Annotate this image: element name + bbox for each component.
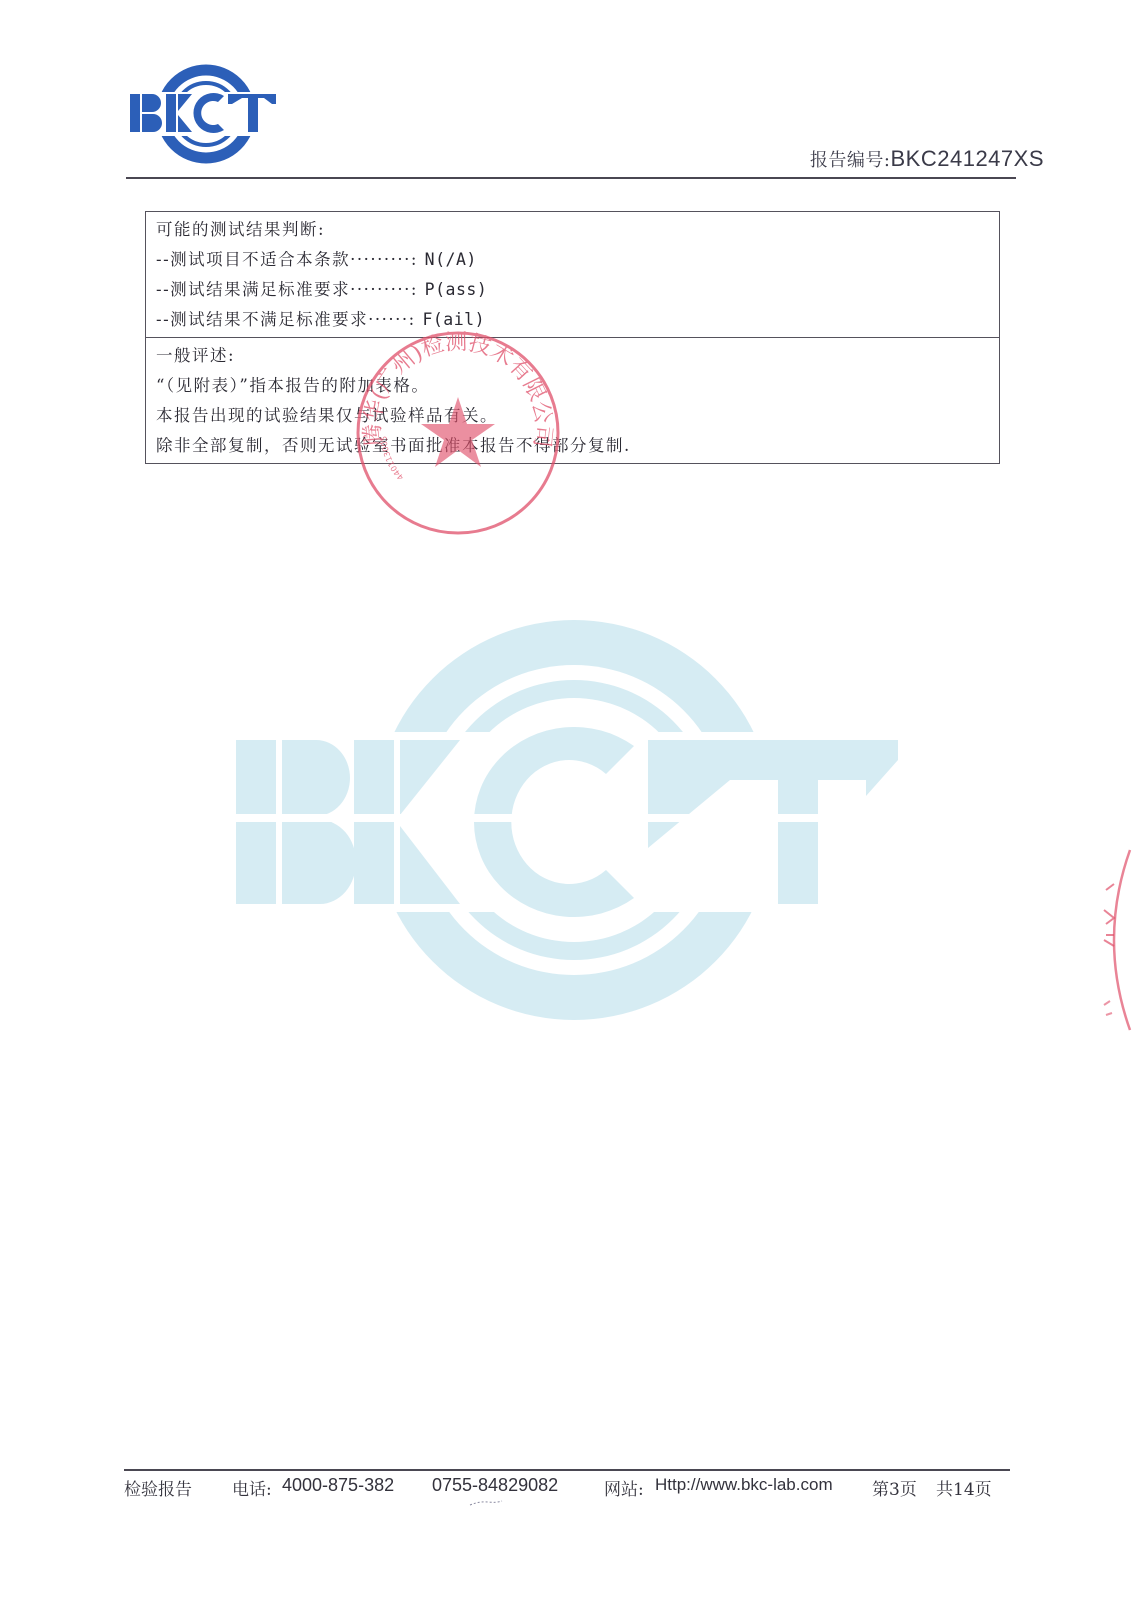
report-number-value: BKC241247XS [891, 146, 1045, 171]
verdict-item-na: --测试项目不适合本条款·········: N(/A) [156, 245, 989, 275]
verdict-item-fail: --测试结果不满足标准要求······: F(ail) [156, 305, 989, 335]
verdict-title: 可能的测试结果判断: [156, 215, 989, 245]
footer-phone-1: 4000-875-382 [282, 1475, 394, 1496]
footer-divider [124, 1469, 1010, 1471]
footer-phone-2: 0755-84829082 [432, 1475, 558, 1496]
verdict-code: F(ail) [422, 310, 485, 329]
remark-line: 除非全部复制，否则无试验室书面批准本报告不得部分复制. [156, 431, 989, 461]
footer-website-link[interactable]: Http://www.bkc-lab.com [655, 1475, 833, 1495]
footer-page-total: 共14页 [936, 1475, 992, 1500]
remarks-section: 一般评述: “（见附表）”指本报告的附加表格。 本报告出现的试验结果仅与试验样品… [146, 337, 999, 463]
remark-line: 本报告出现的试验结果仅与试验样品有关。 [156, 401, 989, 431]
footer-website-label: 网站: [604, 1475, 644, 1500]
bkct-watermark [234, 620, 898, 1025]
verdict-item-pass: --测试结果满足标准要求·········: P(ass) [156, 275, 989, 305]
header-divider [126, 177, 1016, 179]
verdict-code: P(ass) [425, 280, 488, 299]
remarks-title: 一般评述: [156, 341, 989, 371]
verdict-section: 可能的测试结果判断: --测试项目不适合本条款·········: N(/A) … [146, 212, 999, 337]
edge-seal-fragment [1094, 840, 1132, 1040]
footer-phone-label: 电话: [232, 1475, 272, 1500]
footer-page-current: 第3页 [872, 1475, 917, 1500]
verdict-code: N(/A) [425, 250, 477, 269]
page-footer: 检验报告 电话: 4000-875-382 0755-84829082 网站: … [124, 1475, 1010, 1505]
remark-line: “（见附表）”指本报告的附加表格。 [156, 371, 989, 401]
bkct-logo [128, 64, 280, 164]
footer-doc-type: 检验报告 [124, 1475, 192, 1500]
report-number: 报告编号:BKC241247XS [810, 146, 1044, 172]
report-number-label: 报告编号: [810, 150, 891, 171]
verdict-box: 可能的测试结果判断: --测试项目不适合本条款·········: N(/A) … [145, 211, 1000, 464]
